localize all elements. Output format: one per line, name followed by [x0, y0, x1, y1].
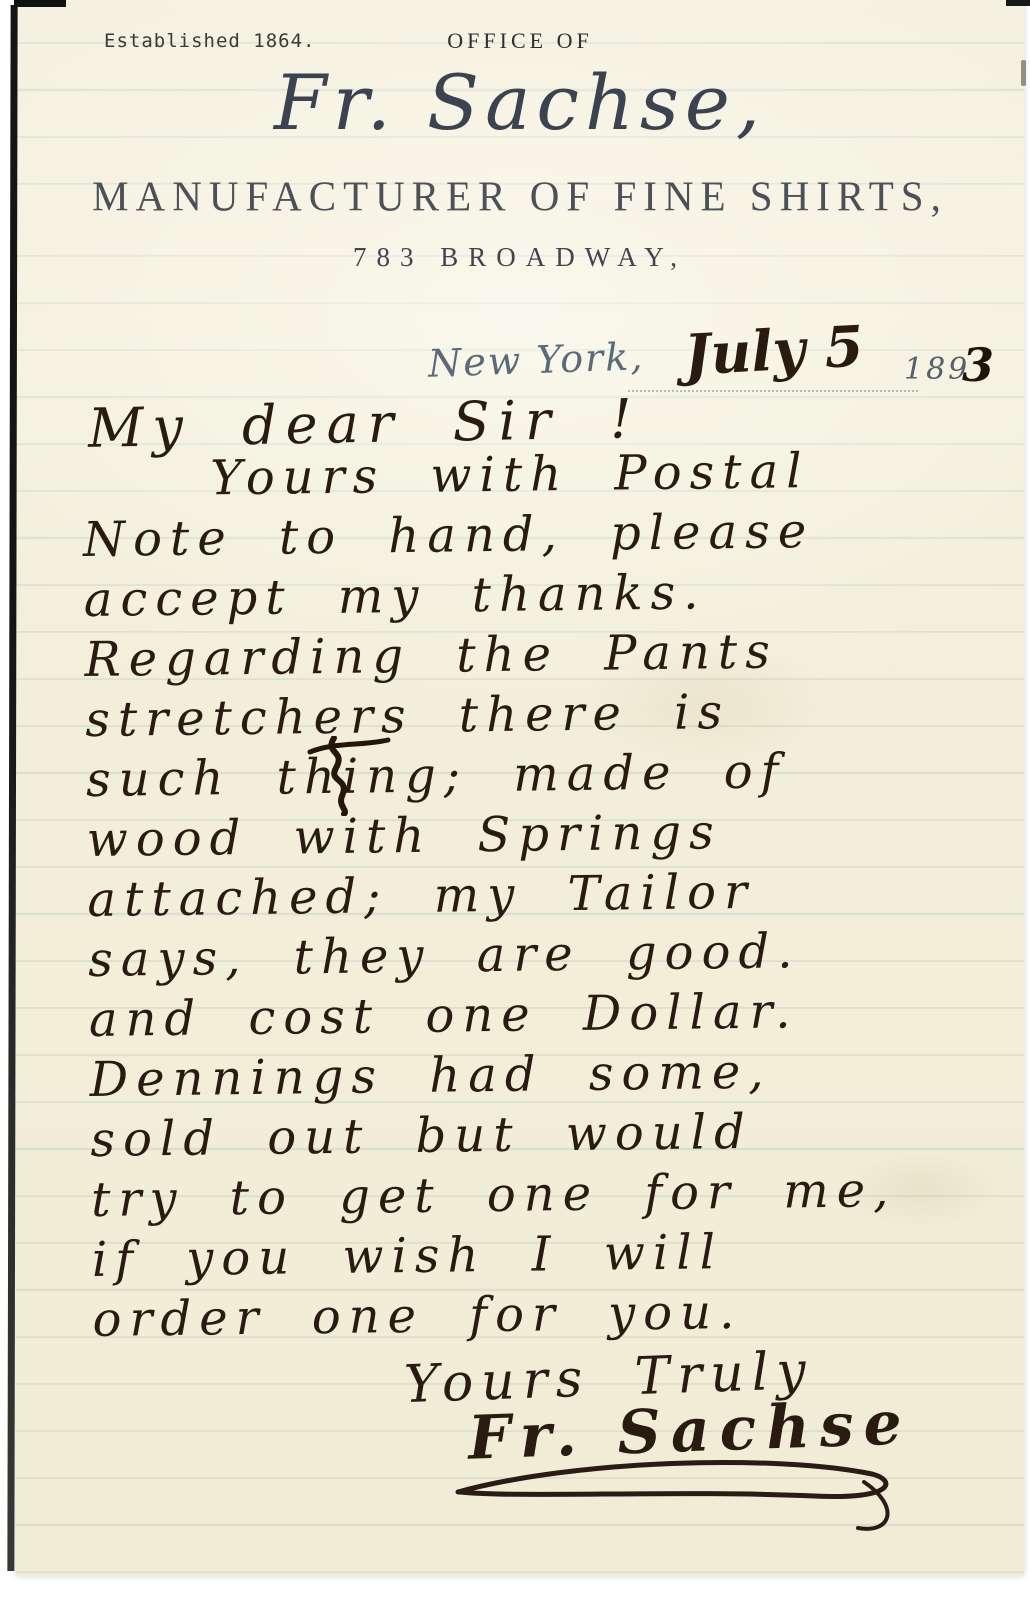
business-line: MANUFACTURER OF FINE SHIRTS,: [16, 171, 1024, 221]
body-line: says, they are good.: [88, 921, 989, 992]
body-line: accept my thanks.: [83, 561, 984, 632]
body-line: and cost one Dollar.: [89, 981, 990, 1052]
letter-paper: Established 1864. OFFICE OF Fr. Sachse, …: [16, 0, 1024, 1576]
body-line: such thing; made of: [86, 741, 987, 812]
letter-body: Yours with Postal Note to hand, please a…: [82, 441, 993, 1352]
handwritten-year-digit: 3: [962, 338, 994, 392]
ink-scribble-correction: [304, 736, 394, 816]
date-dotted-rule: [628, 390, 918, 392]
scan-corner-top-right: [1006, 0, 1030, 6]
body-line: Yours with Postal: [82, 441, 983, 512]
body-line: wood with Springs: [86, 801, 987, 872]
body-line: stretchers there is: [85, 681, 986, 752]
company-name-script: Fr. Sachse,: [16, 58, 1024, 147]
office-of-label: OFFICE OF: [16, 28, 1024, 54]
scan-corner-top-left: [14, 0, 66, 7]
handwritten-date: July 5: [682, 313, 865, 388]
body-line: Note to hand, please: [83, 501, 984, 572]
printed-year-prefix: 189: [904, 352, 970, 387]
body-line: Dennings had some,: [89, 1041, 990, 1112]
body-line: sold out but would: [90, 1101, 991, 1172]
body-line: order one for you.: [92, 1281, 993, 1352]
body-line: if you wish I will: [92, 1221, 993, 1292]
body-line: Regarding the Pants: [84, 621, 985, 692]
address-line: 783 BROADWAY,: [16, 242, 1024, 273]
scanned-letter: Established 1864. OFFICE OF Fr. Sachse, …: [0, 0, 1030, 1600]
body-line: try to get one for me,: [91, 1161, 992, 1232]
city-script: New York,: [427, 334, 645, 386]
body-line: attached; my Tailor: [87, 861, 988, 932]
scan-edge-speck: [1021, 60, 1026, 86]
signature-flourish: [444, 1448, 914, 1548]
